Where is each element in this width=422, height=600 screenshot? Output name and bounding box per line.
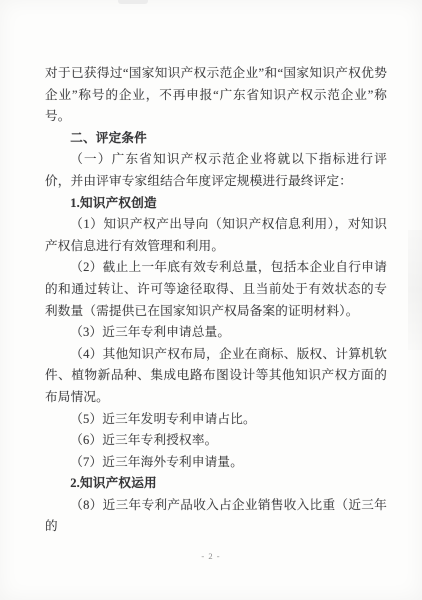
paragraph-continuation: 对于已获得过“国家知识产权示范企业”和“国家知识产权优势企业”称号的企业，不再申… [45, 63, 387, 128]
paragraph-item-8-truncated: （8）近三年专利产品收入占企业销售收入比重（近三年的 [45, 495, 387, 538]
subsection-heading-ip-creation: 1.知识产权创造 [45, 193, 387, 215]
section-heading-evaluation-conditions: 二、评定条件 [45, 128, 387, 150]
document-body: 对于已获得过“国家知识产权示范企业”和“国家知识产权优势企业”称号的企业，不再申… [45, 63, 387, 538]
document-page: 对于已获得过“国家知识产权示范企业”和“国家知识产权优势企业”称号的企业，不再申… [0, 0, 422, 600]
paragraph-item-6: （6）近三年专利授权率。 [45, 430, 387, 452]
scan-artifact [118, 0, 148, 4]
paragraph-item-5: （5）近三年发明专利申请占比。 [45, 409, 387, 431]
paragraph-item-2: （2）截止上一年底有效专利总量，包括本企业自行申请的和通过转让、许可等途径取得、… [45, 257, 387, 322]
paragraph-item-3: （3）近三年专利申请总量。 [45, 322, 387, 344]
page-number: - 2 - [0, 551, 422, 561]
paragraph-item-4: （4）其他知识产权布局，企业在商标、版权、计算机软件、植物新品种、集成电路布图设… [45, 344, 387, 409]
paragraph-item-1: （1）知识产权产出导向（知识产权信息利用），对知识产权信息进行有效管理和利用。 [45, 214, 387, 257]
paragraph-evaluation-overview: （一）广东省知识产权示范企业将就以下指标进行评价，并由评审专家组结合年度评定规模… [45, 149, 387, 192]
subsection-heading-ip-utilization: 2.知识产权运用 [45, 473, 387, 495]
paragraph-item-7: （7）近三年海外专利申请量。 [45, 452, 387, 474]
scan-shadow [408, 230, 422, 350]
